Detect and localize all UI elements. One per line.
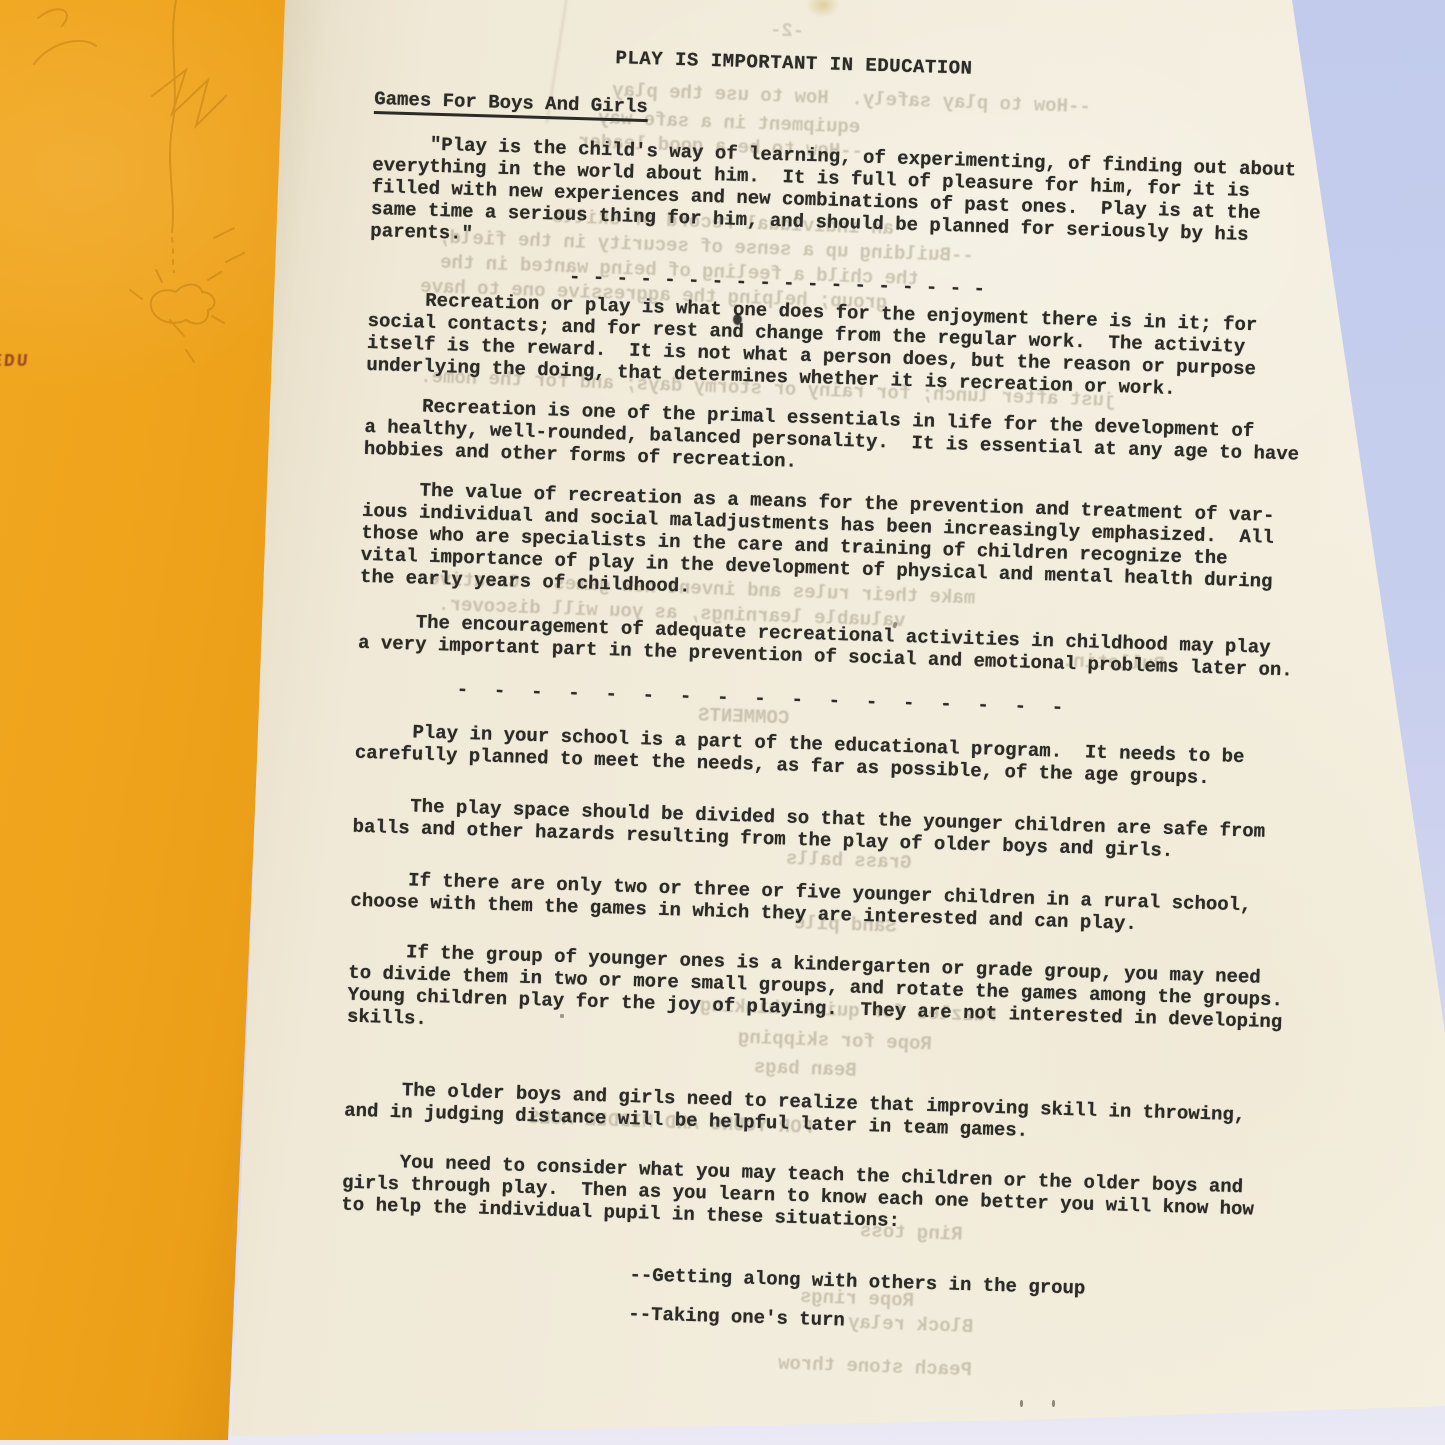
bleed-through-line: Peach stone throw <box>778 1353 972 1382</box>
bleed-through-line: -2- <box>770 19 805 42</box>
dust-speck <box>350 1012 354 1016</box>
typed-paragraph: You need to consider what you may teach … <box>341 1150 1343 1246</box>
page-title: PLAY IS IMPORTANT IN EDUCATION <box>615 47 1375 92</box>
situation-list: --Getting along with others in the group… <box>628 1264 1339 1346</box>
situation-list-item: --Getting along with others in the group <box>629 1264 1339 1307</box>
dust-speck <box>1052 1400 1055 1407</box>
typed-paragraph: Play in your school is a part of the edu… <box>355 720 1356 794</box>
paper-stain <box>806 0 840 18</box>
situation-list-item: --Taking one's turn <box>628 1303 1338 1346</box>
typed-paragraph: If the group of younger ones is a kinder… <box>347 940 1349 1058</box>
ink-blot <box>733 314 742 325</box>
typed-paragraph: Recreation is one of the primal essentia… <box>364 394 1366 490</box>
dashed-separator: - - - - - - - - - - - - - - - - - <box>456 679 1356 728</box>
typed-paragraph-quote: "Play is the child's way of learning, of… <box>370 132 1373 272</box>
folder-stamp: EDU <box>0 352 30 372</box>
typed-content: PLAY IS IMPORTANT IN EDUCATION Games For… <box>338 40 1375 1346</box>
dust-speck <box>1020 1400 1023 1407</box>
photo-scene: EDU -2- --How to play safely. How to use… <box>0 0 1445 1445</box>
typed-paragraph: The encouragement of adequate recreation… <box>358 610 1359 684</box>
section-heading: Games For Boys And Girls <box>374 88 1374 144</box>
typed-paragraph: If there are only two or three or five y… <box>350 868 1351 942</box>
section-heading-text: Games For Boys And Girls <box>374 88 648 122</box>
dust-speck <box>560 1014 564 1018</box>
typed-paragraph: The play space should be divided so that… <box>352 794 1353 868</box>
typed-paragraph: The value of recreation as a means for t… <box>360 478 1363 618</box>
typed-paragraph: The older boys and girls need to realize… <box>344 1078 1345 1152</box>
